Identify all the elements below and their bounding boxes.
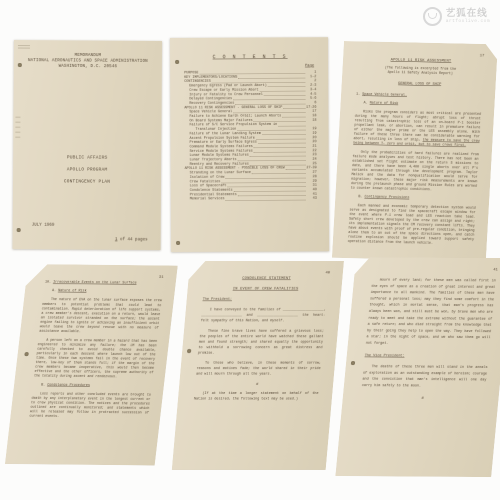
statement-paragraph: The deaths of these three men will stand…: [362, 364, 488, 390]
sub-section-title: Contingency Provisions: [364, 195, 409, 200]
numbered-section: 1. Space Vehicle General.: [356, 92, 482, 99]
sub-section-letter: A.: [52, 289, 57, 293]
page-number: 40: [325, 271, 330, 275]
sub-section-title: Nature of Risk: [58, 289, 87, 293]
condolence-subtitle: IN EVENT OF CREW FATALITIES: [203, 287, 327, 293]
cover-title-line: APOLLO PROGRAM: [13, 163, 161, 176]
sub-section: A. Nature of Risk: [52, 289, 163, 295]
sub-section: B. Contingency Provisions: [358, 195, 476, 202]
punch-hole: [175, 60, 179, 64]
dotted-leader: [286, 169, 306, 170]
section-divider: #: [360, 395, 485, 402]
page-count-number: 1: [115, 237, 118, 242]
dotted-leader: [283, 108, 305, 109]
cover-title-line: CONTINGENCY PLAN: [13, 175, 161, 188]
statement-paragraph: To those who believe, in these moments o…: [196, 361, 321, 378]
cover-page-count: 1 of 44 pages: [115, 237, 148, 242]
pencil-mark: [18, 44, 30, 49]
statement-paragraph: These fine brave lives have suffered a g…: [198, 329, 324, 357]
sub-section-letter: B.: [41, 383, 46, 387]
punch-hole: [176, 241, 180, 245]
sub-section-letter: B.: [358, 195, 362, 199]
sub-section-title: Condolence Procedures: [47, 383, 90, 387]
sub-section-letter: A.: [363, 101, 367, 105]
risk-assessment-page: 17 APOLLO 11 RISK ASSESSMENT (The follow…: [332, 41, 498, 261]
punch-hole: [18, 63, 22, 67]
body-paragraph: Risks the program considers as most crit…: [353, 109, 481, 148]
section-title: Irrecoverable Events on the Lunar Surfac…: [53, 280, 137, 285]
pencil-smudge: [15, 115, 20, 138]
body-paragraph: Loss reports and other concluded events …: [29, 391, 151, 419]
section-divider: #: [195, 382, 319, 388]
contents-title: C O N T E N T S: [184, 54, 316, 60]
statement-note: (If at the time a longer statement on be…: [194, 391, 319, 402]
risk-section-heading: GENERAL LOSS OF SHIP: [357, 81, 483, 88]
toc-entry-text: Memorial Services: [185, 197, 225, 202]
toc-entry: Memorial Services 43: [185, 196, 317, 201]
contents-list: PURPOSE 1 KEY IMPLEMENTORS/LOCATIONS 1-2…: [184, 70, 317, 201]
page-number: 17: [480, 54, 485, 58]
condolence-title: CONDOLENCE STATEMENT: [204, 276, 328, 282]
page-number: 41: [493, 268, 498, 272]
sub-section-title: Nature of Risk: [370, 101, 399, 106]
condolence-statement-page: 40 CONDOLENCE STATEMENT IN EVENT OF CREW…: [172, 261, 344, 470]
punch-hole: [17, 228, 21, 232]
page-number: 31: [159, 275, 164, 279]
lunar-surface-page: 31 10. Irrecoverable Events on the Lunar…: [5, 264, 178, 466]
toc-entry-page: 18: [306, 118, 316, 122]
watermark-brand: 艺狐在线: [446, 9, 490, 19]
cover-title-line: PUBLIC AFFAIRS: [13, 151, 161, 164]
watermark-domain: artfoxlive.com: [446, 20, 490, 25]
dotted-leader: [226, 200, 306, 201]
auction-photo-of-documents: { "watermark": { "brand": "艺狐在线", "domai…: [0, 0, 500, 500]
body-paragraph: The nature of EVA on the lunar surface e…: [39, 297, 162, 334]
section-number: 10.: [45, 280, 52, 284]
speaker-heading: The Vice President:: [364, 352, 489, 359]
contents-page-label: Page: [184, 64, 314, 69]
sub-section: A. Nature of Risk: [363, 101, 481, 108]
risk-title: APOLLO 11 RISK ASSESSMENT: [358, 57, 484, 64]
cover-header-line: WASHINGTON, D.C. 20546: [14, 63, 162, 70]
cover-page: MEMORANDUM NATIONAL AERONAUTICS AND SPAC…: [13, 40, 162, 250]
contents-page: C O N T E N T S Page PURPOSE 1 KEY IMPLE…: [170, 37, 329, 252]
numbered-section: 10. Irrecoverable Events on the Lunar Su…: [45, 280, 164, 286]
section-title: Space Vehicle General.: [362, 92, 407, 97]
sub-section: B. Condolence Procedures: [41, 383, 152, 389]
body-paragraph: Each manned and economic temporary detec…: [348, 203, 476, 246]
cover-date: JULY 1969: [32, 222, 55, 227]
speaker-heading: The President:: [202, 297, 326, 303]
auction-watermark: 艺狐在线 artfoxlive.com: [423, 7, 490, 26]
statement-paragraph: mourn of every land; for these men was c…: [366, 277, 496, 347]
section-number: 1.: [356, 92, 360, 96]
body-paragraph: Only the probabilities of hard failures …: [351, 150, 479, 193]
fox-logo-icon: [423, 7, 442, 26]
paragraph-text: Risks the program considers as most crit…: [353, 110, 481, 142]
statement-paragraph: I have conveyed to the families of _____…: [200, 308, 325, 325]
page-count-rest: of 44 pages: [120, 237, 148, 242]
continuation-page: 41 mourn of every land; for these men wa…: [335, 257, 500, 477]
toc-entry-page: 43: [307, 196, 317, 200]
body-paragraph: A person left on a crew member in a haza…: [34, 338, 158, 380]
